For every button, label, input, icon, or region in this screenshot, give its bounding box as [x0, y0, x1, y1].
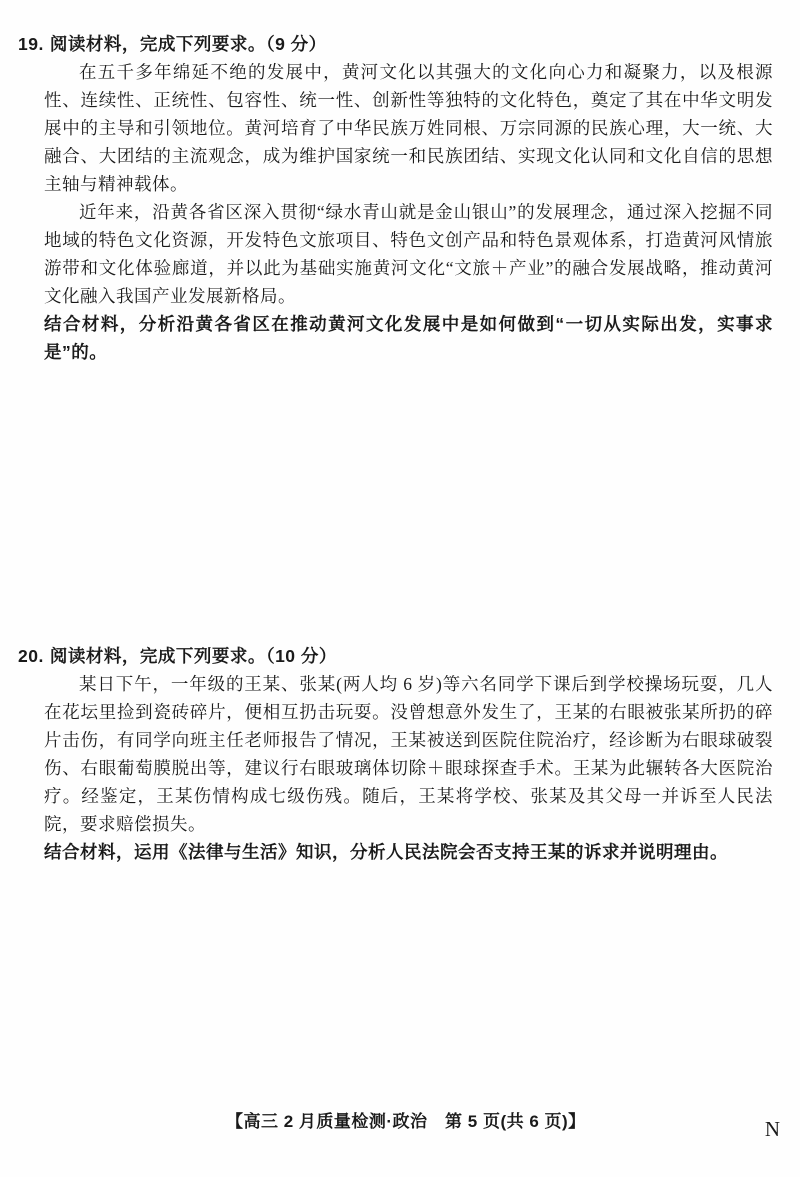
question-20-header-text: 阅读材料，完成下列要求。（10 分） — [50, 646, 337, 666]
question-19-material-paragraph-2: 近年来，沿黄各省区深入贯彻“绿水青山就是金山银山”的发展理念，通过深入挖掘不同地… — [44, 198, 773, 310]
question-19-header-text: 阅读材料，完成下列要求。（9 分） — [50, 34, 327, 54]
page-footer-label: 【高三 2 月质量检测·政治 第 5 页(共 6 页)】 — [226, 1108, 586, 1136]
question-20-header: 20.阅读材料，完成下列要求。（10 分） — [44, 642, 773, 670]
exam-page: 19.阅读材料，完成下列要求。（9 分） 在五千多年绵延不绝的发展中，黄河文化以… — [0, 0, 800, 1177]
question-19-header: 19.阅读材料，完成下列要求。（9 分） — [44, 30, 773, 58]
question-20: 20.阅读材料，完成下列要求。（10 分） 某日下午，一年级的王某、张某(两人均… — [44, 642, 773, 866]
question-19-prompt: 结合材料，分析沿黄各省区在推动黄河文化发展中是如何做到“一切从实际出发，实事求是… — [44, 310, 773, 366]
question-19: 19.阅读材料，完成下列要求。（9 分） 在五千多年绵延不绝的发展中，黄河文化以… — [44, 30, 773, 366]
question-19-number: 19. — [18, 34, 50, 54]
question-20-number: 20. — [18, 646, 50, 666]
question-20-material-paragraph-1: 某日下午，一年级的王某、张某(两人均 6 岁)等六名同学下课后到学校操场玩耍，几… — [44, 670, 773, 838]
question-20-prompt: 结合材料，运用《法律与生活》知识，分析人民法院会否支持王某的诉求并说明理由。 — [44, 838, 773, 866]
question-19-material-paragraph-1: 在五千多年绵延不绝的发展中，黄河文化以其强大的文化向心力和凝聚力，以及根源性、连… — [44, 58, 773, 198]
corner-mark: N — [765, 1115, 780, 1143]
page-content: 19.阅读材料，完成下列要求。（9 分） 在五千多年绵延不绝的发展中，黄河文化以… — [44, 30, 773, 866]
answer-space — [44, 366, 773, 642]
